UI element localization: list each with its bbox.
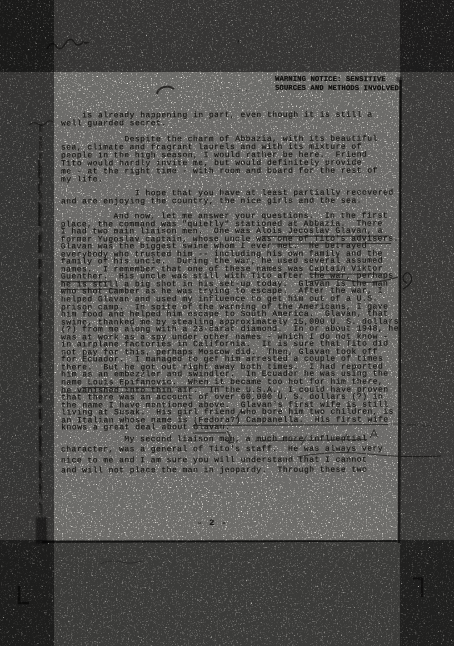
noise-right-edge (400, 0, 454, 646)
confidential-top-text: CONFIDENTIAL (213, 87, 265, 99)
pen-scribble-top-left (47, 39, 89, 49)
page-number: - 2 - (197, 518, 228, 528)
bottom-left-smudge-blob (36, 517, 47, 544)
confidential-bottom-text: CONFIDENTIAL (195, 488, 252, 503)
confidential-stamp-bottom: CONFIDENTIAL (193, 487, 261, 505)
noise-left-edge (0, 0, 54, 646)
pen-scribble-left-margin (29, 121, 53, 126)
pen-scribble-below-page (100, 560, 144, 564)
crop-mark-bottom-right (413, 578, 422, 597)
crop-mark-bottom-left (18, 586, 29, 604)
body-paragraph-1: is already happening in part, even thoug… (61, 111, 407, 128)
body-paragraph-2: Despite the charm of Abbazia, with its b… (61, 136, 407, 185)
warning-line-2: SOURCES AND METHODS INVOLVED (275, 84, 415, 93)
body-paragraph-4: And now, let me answer your questions. I… (61, 212, 408, 432)
best-available-copy-text: BEST AVAILABLE COPY (124, 14, 371, 51)
page-edge-bottom (42, 541, 397, 542)
left-margin-smudge-2 (39, 160, 40, 505)
body-paragraph-5: My second liaison man, a much more influ… (61, 434, 407, 476)
confidential-stamp-top: CONFIDENTIAL (211, 85, 275, 100)
security-warning-notice: WARNING NOTICE: SENSITIVE SOURCES AND ME… (275, 76, 415, 94)
left-margin-smudge (40, 123, 42, 518)
body-paragraph-3: I hope that you have at least partially … (61, 190, 407, 207)
warning-line-1: WARNING NOTICE: SENSITIVE (275, 76, 415, 85)
pen-arc-near-confidential (157, 87, 174, 94)
scanned-document-page: BEST AVAILABLE COPY WARNING NOTICE: SENS… (0, 0, 454, 646)
best-available-copy-stamp: BEST AVAILABLE COPY (112, 7, 382, 55)
noise-bottom-edge (0, 540, 454, 646)
